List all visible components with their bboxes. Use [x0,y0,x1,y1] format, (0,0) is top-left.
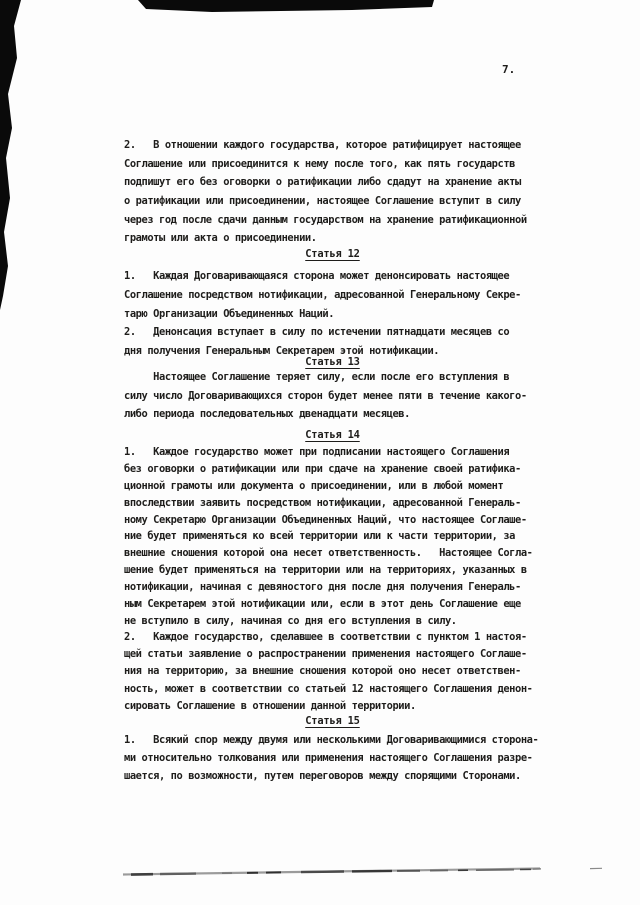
text-line: грамоты или акта о присоединении. [124,229,558,248]
text-line: 2. Каждое государство, сделавшее в соотв… [124,629,558,646]
text-line: шается, по возможности, путем переговоро… [124,768,558,786]
text-line: внешние сношения которой она несет ответ… [124,545,558,562]
text-line: о ратификации или присоединении, настоящ… [124,192,558,211]
paragraph: 1. Всякий спор между двумя или нескольки… [124,732,558,785]
article-heading-text: Статья 12 [305,248,360,260]
text-line: сировать Соглашение в отношении данной т… [124,698,558,715]
text-line: 1. Каждое государство может при подписан… [124,444,558,461]
article-heading: Статья 14 [124,429,541,441]
article-heading: Статья 15 [124,715,541,727]
paragraph: 1. Каждое государство может при подписан… [124,444,558,630]
text-line: шение будет применяться на территории ил… [124,562,558,579]
text-line: ность, может в соответствии со статьей 1… [124,681,558,698]
article-heading-text: Статья 15 [305,715,360,727]
text-line: 1. Всякий спор между двумя или нескольки… [124,732,558,750]
text-line: ным Секретарем этой нотификации или, есл… [124,596,558,613]
article-heading-text: Статья 13 [305,356,360,368]
paragraph: 2. В отношении каждого государства, кото… [124,136,558,248]
text-line: щей статьи заявление о распространении п… [124,646,558,663]
text-line: ние будет применяться ко всей территории… [124,528,558,545]
text-line: через год после сдачи данным государство… [124,211,558,230]
text-line: ному Секретарю Организации Объединенных … [124,512,558,529]
paragraph: 2. Денонсация вступает в силу по истечен… [124,323,558,361]
text-line: силу число Договаривающихся сторон будет… [124,387,558,406]
scanned-page: 7. 2. В отношении каждого государства, к… [0,0,640,905]
article-heading: Статья 13 [124,356,541,368]
text-line: не вступило в силу, начиная со дня его в… [124,613,558,630]
text-line: тарю Организации Объединенных Наций. [124,305,558,324]
text-line: 2. Денонсация вступает в силу по истечен… [124,323,558,342]
text-line: Настоящее Соглашение теряет силу, если п… [124,368,558,387]
text-line: впоследствии заявить посредством нотифик… [124,495,558,512]
text-line: нотификации, начиная с девяностого дня п… [124,579,558,596]
text-line: ционной грамоты или документа о присоеди… [124,478,558,495]
text-line: без оговорки о ратификации или при сдаче… [124,461,558,478]
article-heading: Статья 12 [124,248,541,260]
text-line: подпишут его без оговорки о ратификации … [124,173,558,192]
text-line: ми относительно толкования или применени… [124,750,558,768]
article-heading-text: Статья 14 [305,429,360,441]
text-line: 1. Каждая Договаривающаяся сторона может… [124,267,558,286]
document-text: 2. В отношении каждого государства, кото… [0,0,640,905]
text-line: Соглашение или присоединится к нему посл… [124,155,558,174]
paragraph: 2. Каждое государство, сделавшее в соотв… [124,629,558,715]
text-line: 2. В отношении каждого государства, кото… [124,136,558,155]
text-line: Соглашение посредством нотификации, адре… [124,286,558,305]
paragraph: Настоящее Соглашение теряет силу, если п… [124,368,558,424]
text-line: либо периода последовательных двенадцати… [124,405,558,424]
text-line: ния на территорию, за внешние сношения к… [124,663,558,680]
paragraph: 1. Каждая Договаривающаяся сторона может… [124,267,558,323]
